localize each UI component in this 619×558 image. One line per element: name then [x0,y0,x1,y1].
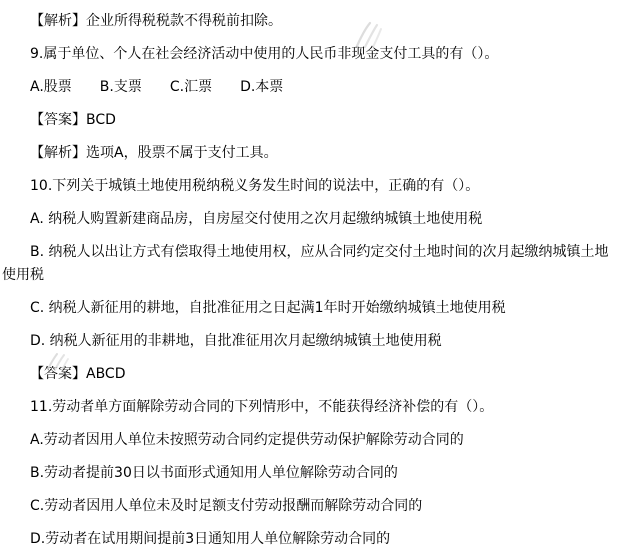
option-9-c: C.汇票 [170,79,212,95]
option-10-d: D. 纳税人新征用的非耕地，自批准征用次月起缴纳城镇土地使用税 [2,330,613,353]
option-11-c: C.劳动者因用人单位未及时足额支付劳动报酬而解除劳动合同的 [2,495,613,518]
option-9-a: A.股票 [30,79,72,95]
question-9-options: A.股票B.支票C.汇票D.本票 [2,76,613,99]
option-10-c: C. 纳税人新征用的耕地，自批准征用之日起满1年时开始缴纳城镇土地使用税 [2,297,613,320]
option-11-b: B.劳动者提前30日以书面形式通知用人单位解除劳动合同的 [2,462,613,485]
answer-text-q9: 【答案】BCD [2,109,613,132]
question-9-text: 9.属于单位、个人在社会经济活动中使用的人民币非现金支付工具的有（）。 [2,43,613,66]
option-9-d: D.本票 [240,79,283,95]
option-9-b: B.支票 [100,79,142,95]
analysis-text-q9: 【解析】选项A，股票不属于支付工具。 [2,142,613,165]
answer-text-q10: 【答案】ABCD [2,363,613,386]
question-10-text: 10.下列关于城镇土地使用税纳税义务发生时间的说法中，正确的有（）。 [2,175,613,198]
analysis-text-q8: 【解析】企业所得税税款不得税前扣除。 [2,10,613,33]
exam-document: 【解析】企业所得税税款不得税前扣除。 9.属于单位、个人在社会经济活动中使用的人… [0,0,617,558]
option-11-a: A.劳动者因用人单位未按照劳动合同约定提供劳动保护解除劳动合同的 [2,429,613,452]
option-11-d: D.劳动者在试用期间提前3日通知用人单位解除劳动合同的 [2,528,613,551]
question-11-text: 11.劳动者单方面解除劳动合同的下列情形中，不能获得经济补偿的有（）。 [2,396,613,419]
option-10-b: B. 纳税人以出让方式有偿取得土地使用权，应从合同约定交付土地时间的次月起缴纳城… [2,241,613,287]
option-10-a: A. 纳税人购置新建商品房，自房屋交付使用之次月起缴纳城镇土地使用税 [2,208,613,231]
